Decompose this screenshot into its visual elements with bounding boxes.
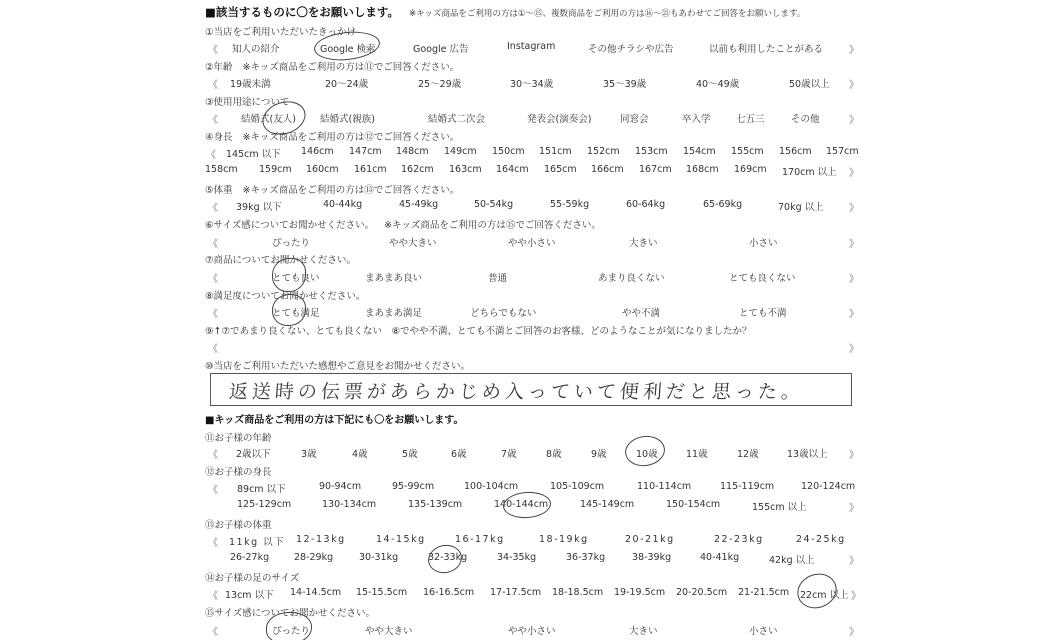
q2-option[interactable]: 25～29歳 (418, 76, 461, 90)
q7-option[interactable]: とても良くない (729, 270, 796, 284)
bracket-open: 《 (208, 481, 218, 496)
q3-option[interactable]: 結婚式二次会 (428, 111, 485, 125)
q8-option[interactable]: とても不満 (739, 305, 787, 319)
q5-option[interactable]: 50-54kg (474, 199, 513, 210)
q11-option[interactable]: 9歳 (591, 446, 607, 460)
q10-handwritten-answer: 返送時の伝票があらかじめ入っていて便利だと思った。 (228, 377, 805, 404)
q13-option[interactable]: 20-21kg (625, 534, 675, 545)
bracket-close: 》 (851, 587, 861, 602)
q4-option[interactable]: 159cm (259, 164, 292, 175)
q14-option[interactable]: 21-21.5cm (738, 587, 789, 598)
q5-title: ⑤体重 (205, 185, 233, 196)
q14-option[interactable]: 16-16.5cm (423, 587, 474, 598)
q4-option[interactable]: 156cm (779, 146, 812, 157)
bracket-open: 《 (208, 623, 218, 638)
q14-label: ⑭お子様の足のサイズ (205, 570, 299, 584)
header-title: ■該当するものに〇をお願いします。 (205, 5, 399, 19)
q7-option[interactable]: 普通 (488, 270, 507, 284)
bracket-close: 》 (849, 623, 859, 638)
q8-option[interactable]: どちらでもない (470, 305, 536, 319)
q12-option[interactable]: 135-139cm (408, 499, 462, 510)
q4-option[interactable]: 166cm (591, 164, 624, 175)
q15-option[interactable]: 小さい (749, 623, 778, 637)
q11-option[interactable]: 4歳 (352, 446, 368, 460)
q4-label: ④身長※キッズ商品をご利用の方は⑫でご回答ください。 (205, 129, 459, 143)
q4-option[interactable]: 155cm (731, 146, 764, 157)
q3-option[interactable]: 結婚式(友人) (241, 111, 296, 125)
q4-option[interactable]: 150cm (492, 146, 525, 157)
q2-note: ※キッズ商品をご利用の方は⑪でご回答ください。 (243, 62, 460, 73)
q14-option[interactable]: 17-17.5cm (490, 587, 541, 598)
q10-label: ⑩当店をご利用いただいた感想やご意見をお聞かせください。 (205, 358, 470, 372)
bracket-close: 》 (849, 305, 859, 320)
q11-label: ⑪お子様の年齢 (205, 430, 272, 444)
q4-option[interactable]: 153cm (635, 146, 668, 157)
q12-label: ⑫お子様の身長 (205, 464, 272, 478)
q4-option[interactable]: 168cm (686, 164, 719, 175)
q12-option[interactable]: 105-109cm (550, 481, 604, 492)
q8-option[interactable]: やや不満 (622, 305, 660, 319)
q2-option[interactable]: 19歳未満 (230, 76, 271, 90)
q14-option[interactable]: 13cm 以下 (225, 587, 274, 601)
q13-option[interactable]: 40-41kg (700, 552, 739, 563)
bracket-close: 》 (849, 270, 859, 285)
survey-header: ■該当するものに〇をお願いします。※キッズ商品をご利用の方は①～⑮、複数商品をご… (205, 4, 805, 20)
q12-option[interactable]: 145-149cm (580, 499, 634, 510)
bracket-close: 》 (849, 340, 859, 355)
q1-option[interactable]: 知人の紹介 (232, 41, 280, 55)
q12-option[interactable]: 110-114cm (637, 481, 691, 492)
q1-option[interactable]: Instagram (507, 41, 555, 52)
q4-option[interactable]: 169cm (734, 164, 767, 175)
q15-option[interactable]: やや小さい (508, 623, 556, 637)
q12-option[interactable]: 115-119cm (720, 481, 774, 492)
q4-note: ※キッズ商品をご利用の方は⑫でご回答ください。 (243, 132, 460, 143)
q3-option[interactable]: 七五三 (736, 111, 765, 125)
q1-option[interactable]: Google 広告 (413, 41, 469, 55)
q1-option[interactable]: Google 検索 (320, 41, 376, 55)
bracket-close: 》 (849, 41, 859, 56)
bracket-close: 》 (849, 499, 859, 514)
bracket-open: 《 (208, 41, 218, 56)
q12-option[interactable]: 155cm 以上 (752, 499, 807, 513)
q7-option[interactable]: まあまあ良い (365, 270, 422, 284)
bracket-close: 》 (849, 111, 859, 126)
q15-label: ⑮サイズ感についてお聞かせください。 (205, 605, 375, 619)
q13-option[interactable]: 30-31kg (359, 552, 398, 563)
q1-label: ①当店をご利用いただいたきっかけ (205, 24, 356, 38)
q12-option[interactable]: 125-129cm (237, 499, 291, 510)
q14-option[interactable]: 20-20.5cm (676, 587, 727, 598)
q13-option[interactable]: 28-29kg (294, 552, 333, 563)
q4-option[interactable]: 163cm (449, 164, 482, 175)
q2-option[interactable]: 30～34歳 (510, 76, 553, 90)
q4-option[interactable]: 146cm (301, 146, 334, 157)
q5-option[interactable]: 60-64kg (626, 199, 665, 210)
q5-note: ※キッズ商品をご利用の方は⑬でご回答ください。 (243, 185, 460, 196)
q12-option[interactable]: 140-144cm (494, 499, 548, 510)
q5-option[interactable]: 55-59kg (550, 199, 589, 210)
kids-section-header: ■キッズ商品をご利用の方は下記にも〇をお願いします。 (205, 411, 463, 426)
q2-option[interactable]: 20～24歳 (325, 76, 368, 90)
q13-option[interactable]: 32-33kg (428, 552, 467, 563)
q12-option[interactable]: 130-134cm (322, 499, 376, 510)
q13-option[interactable]: 22-23kg (714, 534, 764, 545)
q13-option[interactable]: 18-19kg (539, 534, 589, 545)
q4-option[interactable]: 160cm (306, 164, 339, 175)
q11-option[interactable]: 7歳 (501, 446, 517, 460)
q8-option[interactable]: とても満足 (272, 305, 320, 319)
q6-title: ⑥サイズ感についてお聞かせください。 (205, 220, 374, 231)
q3-option[interactable]: 結婚式(親族) (320, 111, 375, 125)
q13-option[interactable]: 14-15kg (376, 534, 426, 545)
q5-option[interactable]: 65-69kg (703, 199, 742, 210)
q15-option[interactable]: 大きい (629, 623, 658, 637)
q6-option[interactable]: 小さい (749, 235, 778, 249)
q11-option[interactable]: 12歳 (737, 446, 759, 460)
q13-option[interactable]: 38-39kg (632, 552, 671, 563)
bracket-open: 《 (208, 199, 218, 214)
q4-option[interactable]: 164cm (496, 164, 529, 175)
q14-option[interactable]: 14-14.5cm (290, 587, 341, 598)
q13-option[interactable]: 34-35kg (497, 552, 536, 563)
q9-label: ⑨↑⑦であまり良くない、とても良くない ⑧でやや不満、とても不満とご回答のお客様… (205, 323, 752, 337)
bracket-close: 》 (849, 552, 859, 567)
bracket-open: 《 (208, 111, 218, 126)
q5-option[interactable]: 70kg 以上 (778, 199, 824, 213)
q8-label: ⑧満足度についてお聞かせください。 (205, 288, 365, 302)
bracket-close: 》 (849, 235, 859, 250)
q3-option[interactable]: 発表会(演奏会) (527, 111, 591, 125)
bracket-open: 《 (206, 146, 216, 161)
q11-option[interactable]: 11歳 (686, 446, 708, 460)
bracket-open: 《 (208, 340, 218, 355)
bracket-open: 《 (208, 534, 218, 549)
q3-option[interactable]: その他 (791, 111, 820, 125)
q5-option[interactable]: 40-44kg (323, 199, 362, 210)
q4-option[interactable]: 151cm (539, 146, 572, 157)
q4-option[interactable]: 165cm (544, 164, 577, 175)
q12-option[interactable]: 90-94cm (319, 481, 361, 492)
q13-option[interactable]: 16-17kg (455, 534, 505, 545)
q6-note: ※キッズ商品をご利用の方は⑮でご回答ください。 (384, 220, 601, 231)
bracket-open: 《 (208, 587, 218, 602)
q11-option[interactable]: 6歳 (451, 446, 467, 460)
header-note: ※キッズ商品をご利用の方は①～⑮、複数商品をご利用の方は⑯～㉑もあわせてご回答を… (409, 9, 805, 19)
q15-option[interactable]: やや大きい (365, 623, 413, 637)
q4-option[interactable]: 170cm 以上 (782, 164, 837, 178)
bracket-open: 《 (208, 446, 218, 461)
q8-option[interactable]: まあまあ満足 (365, 305, 422, 319)
q14-option[interactable]: 15-15.5cm (356, 587, 407, 598)
q13-option[interactable]: 11kg 以下 (229, 534, 285, 548)
q4-title: ④身長 (205, 132, 233, 143)
q4-option[interactable]: 167cm (639, 164, 672, 175)
q10-answer-box[interactable]: 返送時の伝票があらかじめ入っていて便利だと思った。 (210, 373, 852, 406)
q4-option[interactable]: 147cm (349, 146, 382, 157)
q12-option[interactable]: 95-99cm (392, 481, 434, 492)
q14-option[interactable]: 22cm 以上 (800, 587, 849, 601)
q13-option[interactable]: 12-13kg (296, 534, 346, 545)
q14-option[interactable]: 19-19.5cm (614, 587, 665, 598)
q4-option[interactable]: 161cm (354, 164, 387, 175)
q2-option[interactable]: 35～39歳 (603, 76, 646, 90)
q12-option[interactable]: 89cm 以下 (237, 481, 286, 495)
q4-option[interactable]: 145cm 以下 (226, 146, 281, 160)
q4-option[interactable]: 158cm (205, 164, 238, 175)
q1-option[interactable]: その他チラシや広告 (588, 41, 674, 55)
q2-option[interactable]: 40～49歳 (696, 76, 739, 90)
q5-option[interactable]: 39kg 以下 (236, 199, 282, 213)
q7-option[interactable]: とても良い (272, 270, 320, 284)
q13-option[interactable]: 36-37kg (566, 552, 605, 563)
q11-option[interactable]: 8歳 (546, 446, 562, 460)
q7-option[interactable]: あまり良くない (598, 270, 665, 284)
q13-label: ⑬お子様の体重 (205, 517, 272, 531)
q4-option[interactable]: 157cm (826, 146, 859, 157)
q2-label: ②年齢※キッズ商品をご利用の方は⑪でご回答ください。 (205, 59, 459, 73)
q4-option[interactable]: 149cm (444, 146, 477, 157)
q12-option[interactable]: 120-124cm (801, 481, 855, 492)
q6-label: ⑥サイズ感についてお聞かせください。※キッズ商品をご利用の方は⑮でご回答ください… (205, 217, 601, 231)
q12-option[interactable]: 150-154cm (666, 499, 720, 510)
bracket-open: 《 (208, 235, 218, 250)
q5-option[interactable]: 45-49kg (399, 199, 438, 210)
q7-label: ⑦商品についてお聞かせください。 (205, 252, 356, 266)
q2-option[interactable]: 50歳以上 (789, 76, 830, 90)
q6-option[interactable]: ぴったり (272, 235, 310, 249)
q11-option[interactable]: 5歳 (402, 446, 418, 460)
q14-option[interactable]: 18-18.5cm (552, 587, 603, 598)
q2-title: ②年齢 (205, 62, 233, 73)
q6-option[interactable]: やや小さい (508, 235, 556, 249)
q13-option[interactable]: 42kg 以上 (769, 552, 815, 566)
q4-option[interactable]: 162cm (401, 164, 434, 175)
bracket-open: 《 (208, 305, 218, 320)
bracket-close: 》 (849, 164, 859, 179)
q4-option[interactable]: 152cm (587, 146, 620, 157)
q11-option[interactable]: 2歳以下 (236, 446, 271, 460)
q15-option[interactable]: ぴったり (272, 623, 310, 637)
q6-option[interactable]: やや大きい (389, 235, 437, 249)
bracket-close: 》 (849, 446, 859, 461)
q3-option[interactable]: 卒入学 (682, 111, 711, 125)
q11-option[interactable]: 3歳 (301, 446, 317, 460)
bracket-open: 《 (208, 270, 218, 285)
bracket-open: 《 (208, 76, 218, 91)
bracket-close: 》 (849, 199, 859, 214)
q3-label: ③使用用途について (205, 94, 289, 108)
q13-option[interactable]: 24-25kg (796, 534, 846, 545)
q5-label: ⑤体重※キッズ商品をご利用の方は⑬でご回答ください。 (205, 182, 459, 196)
q4-option[interactable]: 154cm (683, 146, 716, 157)
bracket-close: 》 (849, 76, 859, 91)
q1-option[interactable]: 以前も利用したことがある (709, 41, 823, 55)
q6-option[interactable]: 大きい (629, 235, 658, 249)
q12-option[interactable]: 100-104cm (464, 481, 518, 492)
q11-option[interactable]: 10歳 (636, 446, 658, 460)
q13-option[interactable]: 26-27kg (230, 552, 269, 563)
q3-option[interactable]: 同窓会 (620, 111, 649, 125)
q11-option[interactable]: 13歳以上 (787, 446, 828, 460)
q4-option[interactable]: 148cm (396, 146, 429, 157)
